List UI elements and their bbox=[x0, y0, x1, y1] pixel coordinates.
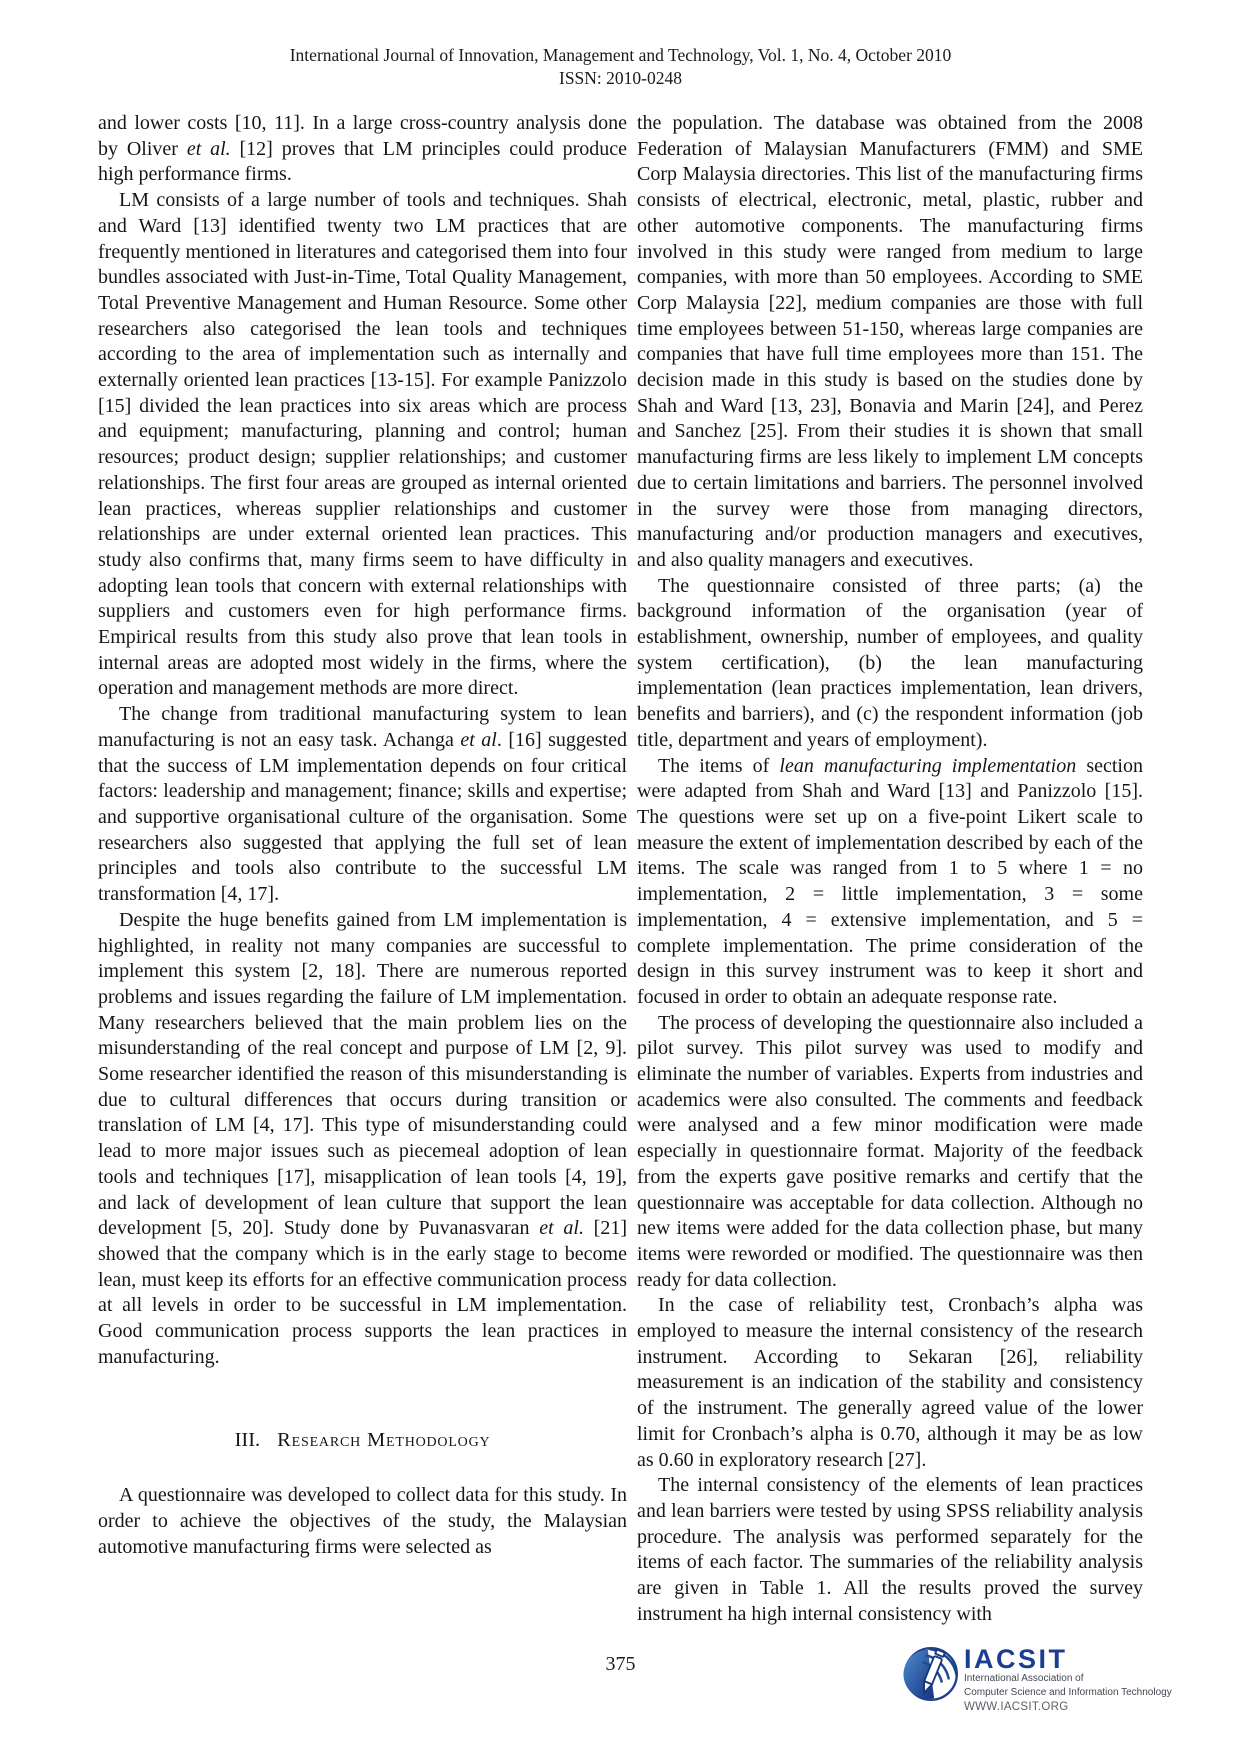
journal-header: International Journal of Innovation, Man… bbox=[0, 44, 1241, 90]
iacsit-logo: IACSIT International Association of Comp… bbox=[903, 1646, 1172, 1715]
paragraph: The items of lean manufacturing implemen… bbox=[637, 754, 1143, 1011]
paragraph: A questionnaire was developed to collect… bbox=[98, 1483, 627, 1560]
left-column: and lower costs [10, 11]. In a large cro… bbox=[98, 111, 627, 1627]
paragraph: The questionnaire consisted of three par… bbox=[637, 574, 1143, 754]
paragraph: In the case of reliability test, Cronbac… bbox=[637, 1293, 1143, 1473]
iacsit-logo-text: IACSIT International Association of Comp… bbox=[964, 1646, 1172, 1715]
paragraph: The process of developing the questionna… bbox=[637, 1011, 1143, 1294]
right-column: the population. The database was obtaine… bbox=[637, 111, 1143, 1627]
paragraph: LM consists of a large number of tools a… bbox=[98, 188, 627, 702]
iacsit-org-line1: International Association of bbox=[964, 1672, 1172, 1686]
iacsit-logo-icon bbox=[903, 1646, 959, 1702]
paragraph: and lower costs [10, 11]. In a large cro… bbox=[98, 111, 627, 188]
paragraph: The internal consistency of the elements… bbox=[637, 1473, 1143, 1627]
iacsit-website: WWW.IACSIT.ORG bbox=[964, 1700, 1172, 1715]
section-heading: III.Research Methodology bbox=[98, 1428, 627, 1454]
paragraph: The change from traditional manufacturin… bbox=[98, 702, 627, 908]
paragraph: Despite the huge benefits gained from LM… bbox=[98, 908, 627, 1371]
paragraph: the population. The database was obtaine… bbox=[637, 111, 1143, 574]
issn-line: ISSN: 2010-0248 bbox=[0, 67, 1241, 90]
iacsit-org-line2: Computer Science and Information Technol… bbox=[964, 1686, 1172, 1700]
iacsit-logo-acronym: IACSIT bbox=[964, 1646, 1172, 1672]
section-title: Research Methodology bbox=[277, 1429, 490, 1451]
journal-title-line: International Journal of Innovation, Man… bbox=[0, 44, 1241, 67]
section-number: III. bbox=[235, 1429, 261, 1451]
article-body: and lower costs [10, 11]. In a large cro… bbox=[98, 111, 1143, 1627]
